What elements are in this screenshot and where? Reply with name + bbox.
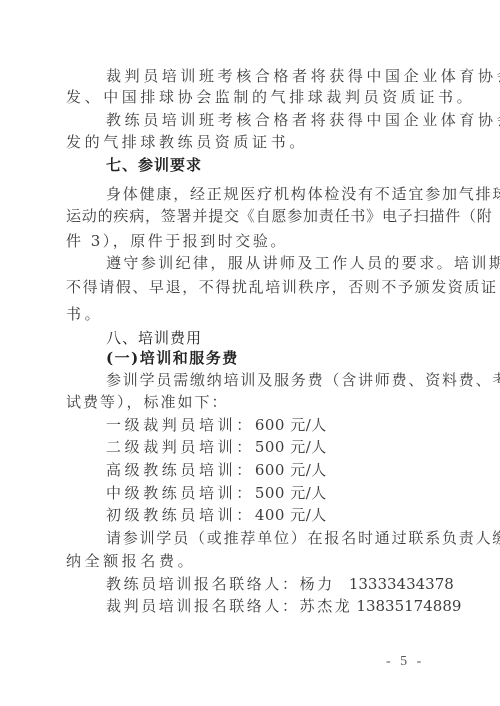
paragraph-health-line-2: 运动的疾病，签署并提交《自愿参加责任书》电子扫描件（附 xyxy=(66,205,426,227)
fee-amount: 500 元/人 xyxy=(255,484,327,502)
fee-label: 中级教练员培训： xyxy=(106,484,255,502)
contact-row-referee: 裁判员培训报名联络人：苏杰龙13835174889 xyxy=(106,595,426,617)
paragraph-coach-cert-line-2: 发的气排球教练员资质证书。 xyxy=(66,131,426,153)
contact-name: 苏杰龙 xyxy=(300,597,353,615)
contact-row-coach: 教练员培训报名联络人：杨力13333434378 xyxy=(106,573,426,595)
document-page: 裁判员培训班考核合格者将获得中国企业体育协会颁 发、中国排球协会监制的气排球裁判… xyxy=(0,0,500,706)
section-7-heading: 七、参训要求 xyxy=(106,154,426,176)
page-number: - 5 - xyxy=(386,654,424,670)
fee-row: 一级裁判员培训：600 元/人 xyxy=(106,414,426,436)
fee-label: 一级裁判员培训： xyxy=(106,416,255,434)
paragraph-referee-cert-line-2: 发、中国排球协会监制的气排球裁判员资质证书。 xyxy=(66,86,426,108)
paragraph-health-line-1: 身体健康，经正规医疗机构体检没有不适宜参加气排球 xyxy=(106,183,426,205)
contact-phone: 13333434378 xyxy=(349,575,454,593)
paragraph-coach-cert-line-1: 教练员培训班考核合格者将获得中国企业体育协会颁 xyxy=(106,109,426,131)
fee-row: 二级裁判员培训：500 元/人 xyxy=(106,436,426,458)
paragraph-discipline-line-2: 不得请假、早退，不得扰乱培训秩序，否则不予颁发资质证 xyxy=(66,276,426,298)
fee-row: 中级教练员培训：500 元/人 xyxy=(106,482,426,504)
paragraph-fee-intro-line-1: 参训学员需缴纳培训及服务费（含讲师费、资料费、考 xyxy=(106,369,426,391)
paragraph-health-line-3: 件 3），原件于报到时交验。 xyxy=(66,230,426,252)
contact-label: 教练员培训报名联络人： xyxy=(106,575,300,593)
fee-amount: 600 元/人 xyxy=(255,461,327,479)
paragraph-payment-note-line-2: 纳全额报名费。 xyxy=(66,550,426,572)
paragraph-fee-intro-line-2: 试费等），标准如下： xyxy=(66,391,426,413)
section-8-subheading: (一)培训和服务费 xyxy=(106,347,426,369)
fee-label: 二级裁判员培训： xyxy=(106,438,255,456)
paragraph-discipline-line-3: 书。 xyxy=(66,303,426,325)
contact-label: 裁判员培训报名联络人： xyxy=(106,597,300,615)
fee-row: 高级教练员培训：600 元/人 xyxy=(106,459,426,481)
fee-row: 初级教练员培训：400 元/人 xyxy=(106,504,426,526)
fee-label: 高级教练员培训： xyxy=(106,461,255,479)
paragraph-payment-note-line-1: 请参训学员（或推荐单位）在报名时通过联系负责人缴 xyxy=(106,527,426,549)
fee-amount: 600 元/人 xyxy=(255,416,327,434)
paragraph-referee-cert-line-1: 裁判员培训班考核合格者将获得中国企业体育协会颁 xyxy=(106,65,426,87)
section-8-heading: 八、培训费用 xyxy=(106,327,426,349)
fee-amount: 400 元/人 xyxy=(255,506,327,524)
fee-label: 初级教练员培训： xyxy=(106,506,255,524)
paragraph-discipline-line-1: 遵守参训纪律，服从讲师及工作人员的要求。培训期间 xyxy=(106,252,426,274)
fee-amount: 500 元/人 xyxy=(255,438,327,456)
contact-phone: 13835174889 xyxy=(356,597,461,615)
contact-name: 杨力 xyxy=(300,575,335,593)
